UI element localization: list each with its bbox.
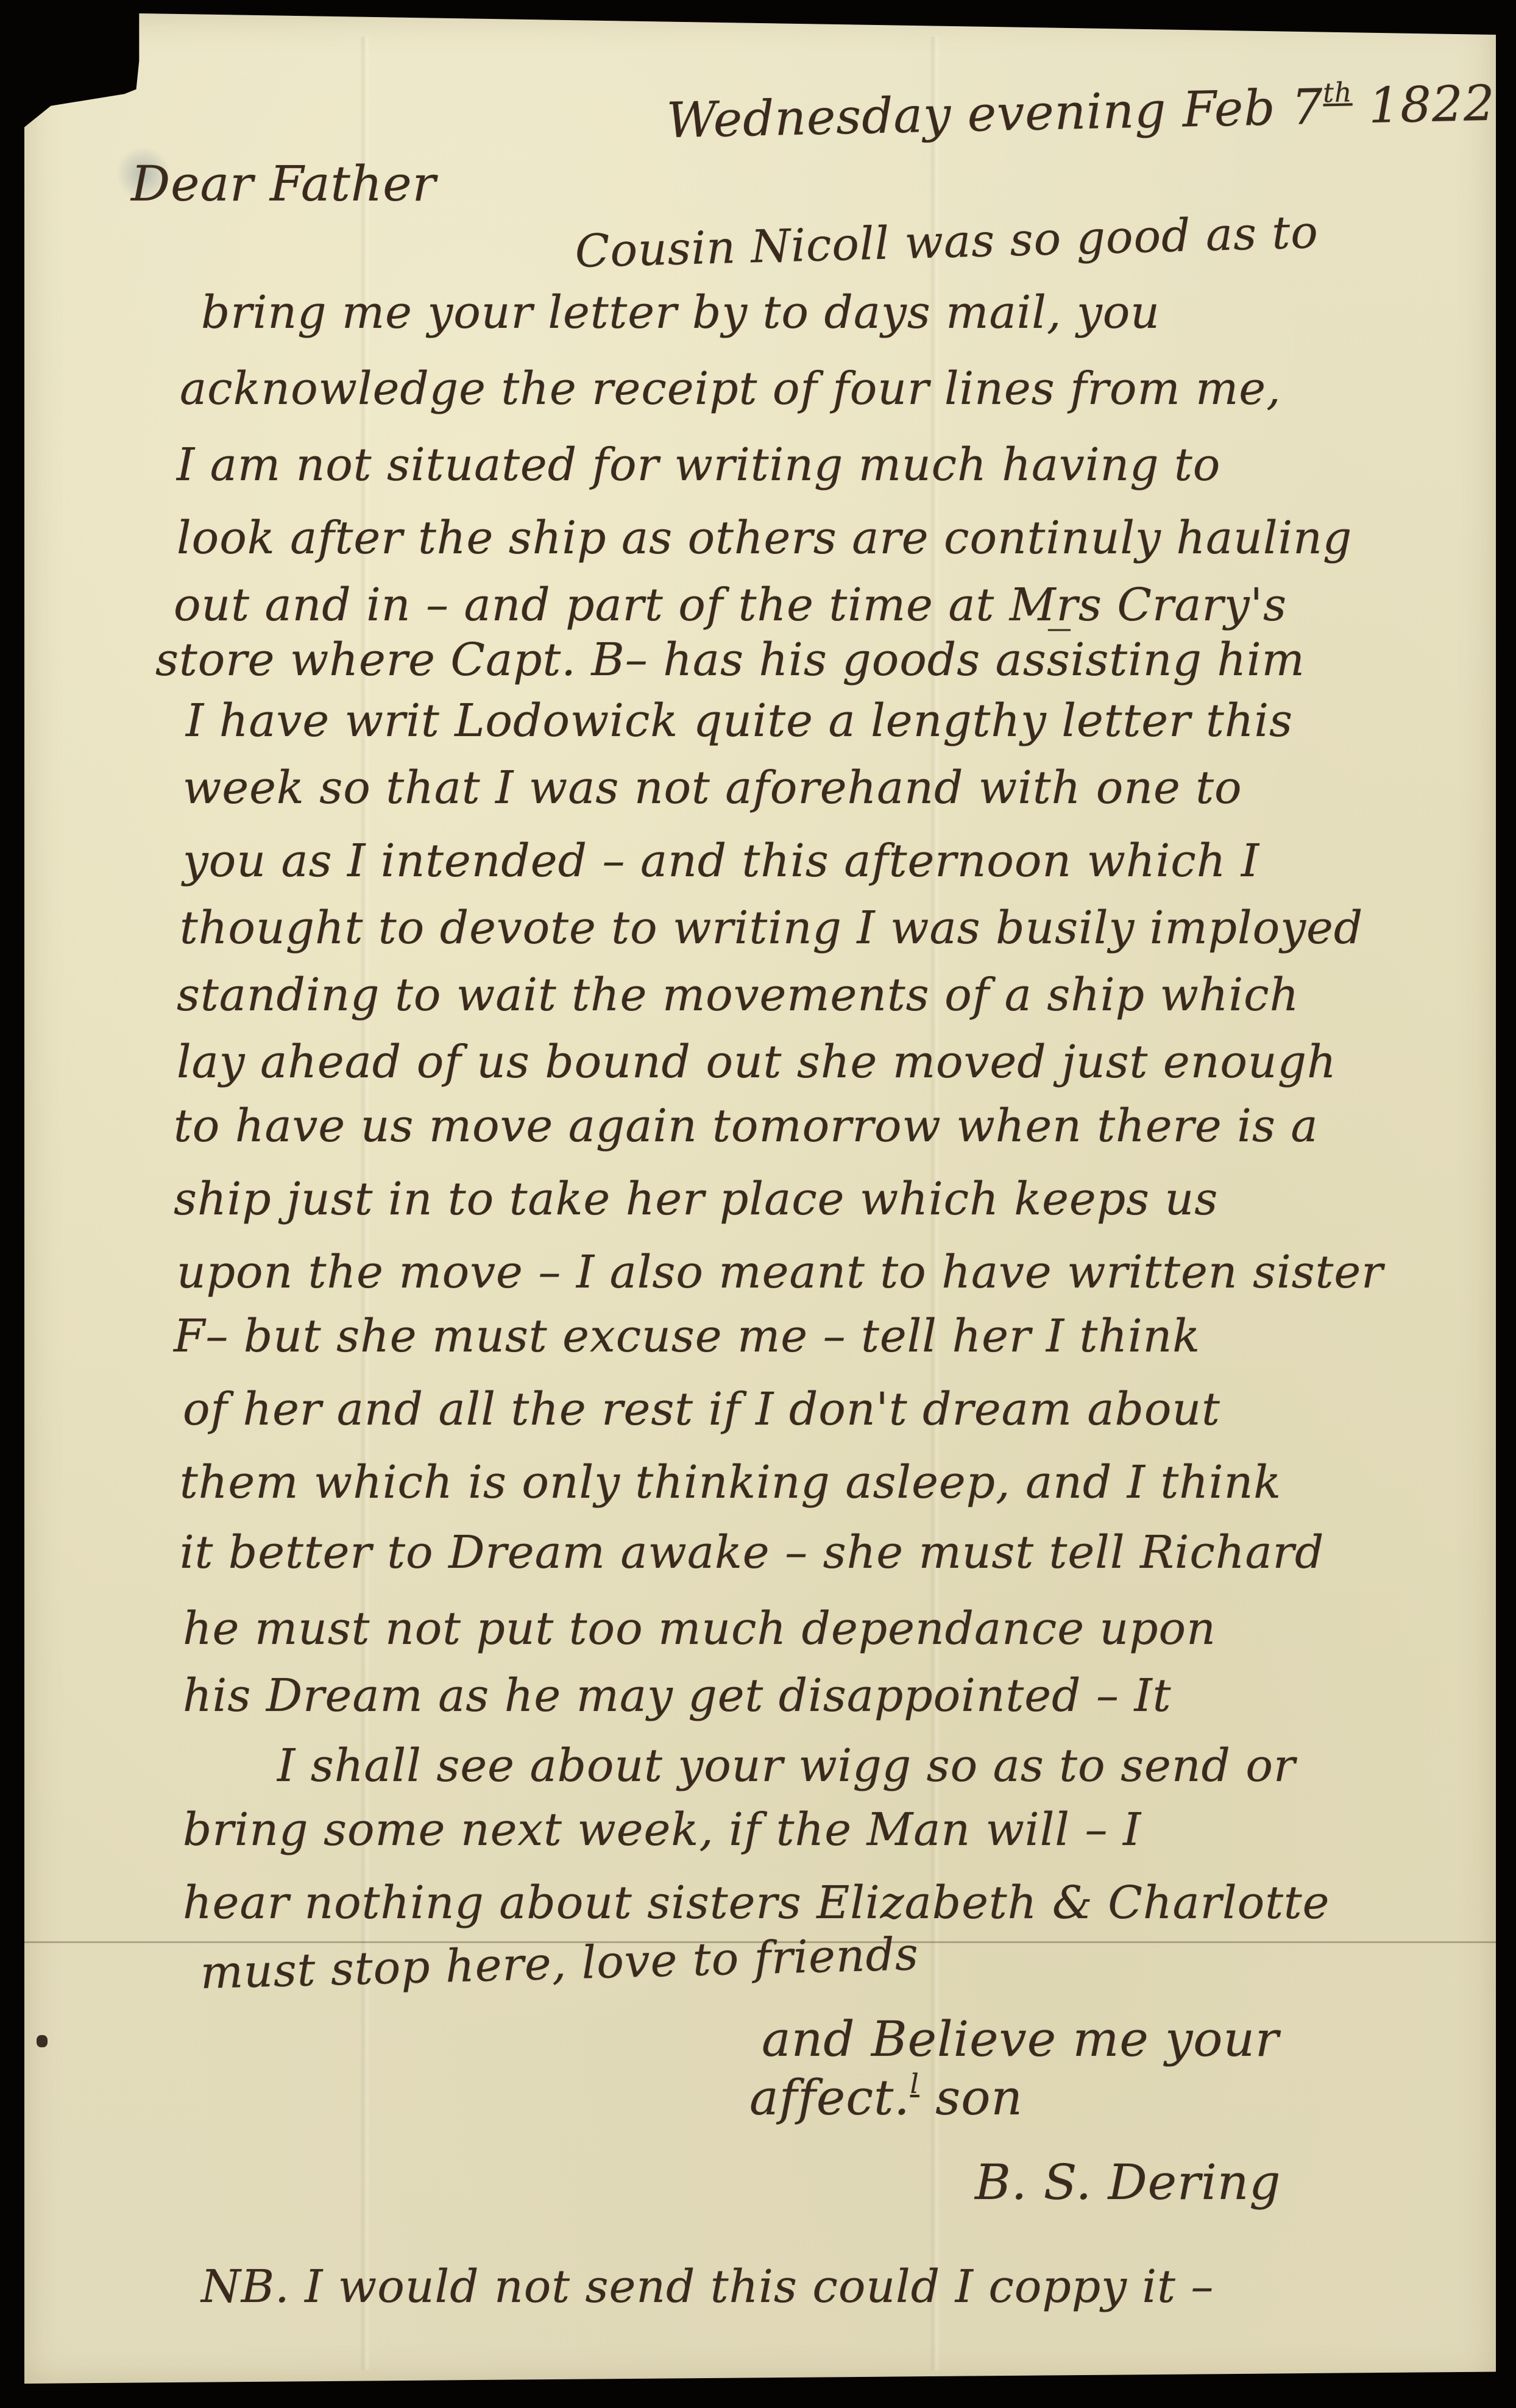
salutation: Dear Father: [131, 155, 436, 212]
body-line: ship just in to take her place which kee…: [174, 1173, 1218, 1225]
body-line: them which is only thinking asleep, and …: [180, 1456, 1281, 1509]
body-line: week so that I was not aforehand with on…: [183, 762, 1242, 814]
body-line: to have us move again tomorrow when ther…: [174, 1100, 1318, 1152]
body-line: I have writ Lodowick quite a lengthy let…: [186, 695, 1293, 747]
second-paragraph-line: bring some next week, if the Man will – …: [183, 1804, 1141, 1856]
body-line: acknowledge the receipt of four lines fr…: [180, 363, 1281, 415]
body-line: out and in – and part of the time at Mr̲…: [174, 579, 1287, 631]
body-line: look after the ship as others are contin…: [177, 512, 1352, 564]
body-line: lay ahead of us bound out she moved just…: [177, 1036, 1337, 1088]
body-line: upon the move – I also meant to have wri…: [177, 1246, 1384, 1298]
closing-affect-superscript: l: [910, 2069, 919, 2100]
body-line: it better to Dream awake – she must tell…: [180, 1526, 1324, 1579]
closing-affect: affect.: [749, 2069, 910, 2126]
ink-speck: [37, 2035, 48, 2047]
second-paragraph-line: hear nothing about sisters Elizabeth & C…: [183, 1877, 1330, 1929]
dateline-year: 1822: [1368, 75, 1495, 134]
body-line: F– but she must excuse me – tell her I t…: [174, 1310, 1200, 1362]
signature: B. S. Dering: [975, 2154, 1281, 2211]
closing-affectionate-son: affect.l son: [749, 2069, 1023, 2126]
body-line: store where Capt. B– has his goods assis…: [155, 634, 1305, 686]
body-line: thought to devote to writing I was busil…: [180, 902, 1363, 954]
closing-son: son: [919, 2069, 1023, 2126]
dateline-ordinal: th: [1323, 77, 1353, 108]
body-line: he must not put too much dependance upon: [183, 1602, 1216, 1655]
body-line: you as I intended – and this afternoon w…: [183, 835, 1259, 887]
closing-believe-me: and Believe me your: [762, 2011, 1279, 2067]
body-line: standing to wait the movements of a ship…: [177, 969, 1299, 1021]
body-line: of her and all the rest if I don't dream…: [183, 1383, 1220, 1436]
second-paragraph-line: I shall see about your wigg so as to sen…: [277, 1740, 1295, 1792]
body-line: bring me your letter by to days mail, yo…: [201, 286, 1160, 339]
body-line: I am not situated for writing much havin…: [177, 439, 1220, 491]
body-line: his Dream as he may get disappointed – I…: [183, 1670, 1171, 1722]
postscript: NB. I would not send this could I coppy …: [201, 2261, 1214, 2313]
